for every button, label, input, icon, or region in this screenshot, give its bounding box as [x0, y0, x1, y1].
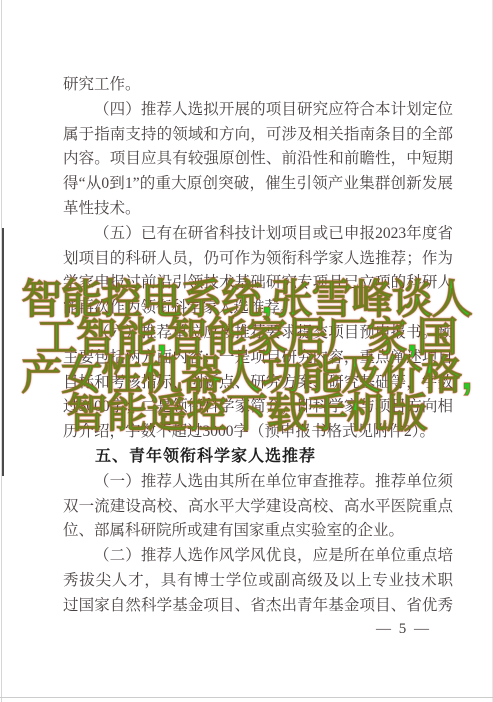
text-line: （四）推荐人选拟开展的项目研究应符合本计划定位要求，	[63, 98, 453, 123]
text-line: （二）推荐人选作风学风优良，应是所在单位重点培养的优	[63, 544, 453, 569]
text-line: （六）推荐单位应按推荐要求提交项目预申报书。预申报书	[63, 321, 453, 346]
text-line: 革性技术。	[63, 197, 453, 222]
document-body-text: 研究工作。（四）推荐人选拟开展的项目研究应符合本计划定位要求，属于指南支持的领域…	[63, 73, 453, 619]
text-line: 得“从0到1”的重大原创突破，催生引领产业集群创新发展的变	[63, 172, 453, 197]
text-line: 过3000字；二是领衔科学家简介，即科学家与项目方向相关的研究经	[63, 395, 453, 420]
text-line: 过国家自然科学基金项目、省杰出青年基金项目、省优秀青年基	[63, 594, 453, 619]
page-number: — 5 —	[376, 621, 431, 638]
text-line: 位、部属科研院所或建有国家重点实验室的企业。	[63, 519, 453, 544]
text-line: 划项目的科研人员，仍可作为领衔科学家人选推荐；作为领衔科	[63, 247, 453, 272]
section-heading: 五、青年领衔科学家人选推荐	[63, 445, 453, 470]
scan-edge-left-dark-segment	[2, 228, 4, 476]
text-line: 能再次作为领衔科学家人选推荐。	[63, 296, 453, 321]
text-line: 目标和考核指标、创新点、研究方案、研究基础等，字数不超	[63, 371, 453, 396]
scanned-document-page: 研究工作。（四）推荐人选拟开展的项目研究应符合本计划定位要求，属于指南支持的领域…	[0, 0, 493, 702]
text-line: 属于指南支持的领域和方向，可涉及相关指南条目的全部或部分	[63, 123, 453, 148]
text-line: 主要包括两方面内容：一是项目研究内容，重点阐述项目的研究	[63, 346, 453, 371]
text-line: 历介绍，字数不超过3000字（预申报书格式见附件2）。	[63, 420, 453, 445]
scan-edge-bottom	[0, 697, 493, 698]
text-line: 研究工作。	[63, 73, 453, 98]
text-line: （五）已有在研省科技计划项目或已申报2023年度省科技计	[63, 222, 453, 247]
text-line: 双一流建设高校、高水平大学建设高校、高水平医院重点建设单	[63, 495, 453, 520]
text-line: 内容。项目应具有较强原创性、前沿性和前瞻性，中短期有望取	[63, 147, 453, 172]
text-line: 秀拔尖人才，具有博士学位或副高级及以上专业技术职称，承担	[63, 569, 453, 594]
text-line: 学家申报过前沿引领技术基础研究专项且已立项的科研人员，不	[63, 271, 453, 296]
text-line: （一）推荐人选由其所在单位审查推荐。推荐单位须是省内	[63, 470, 453, 495]
